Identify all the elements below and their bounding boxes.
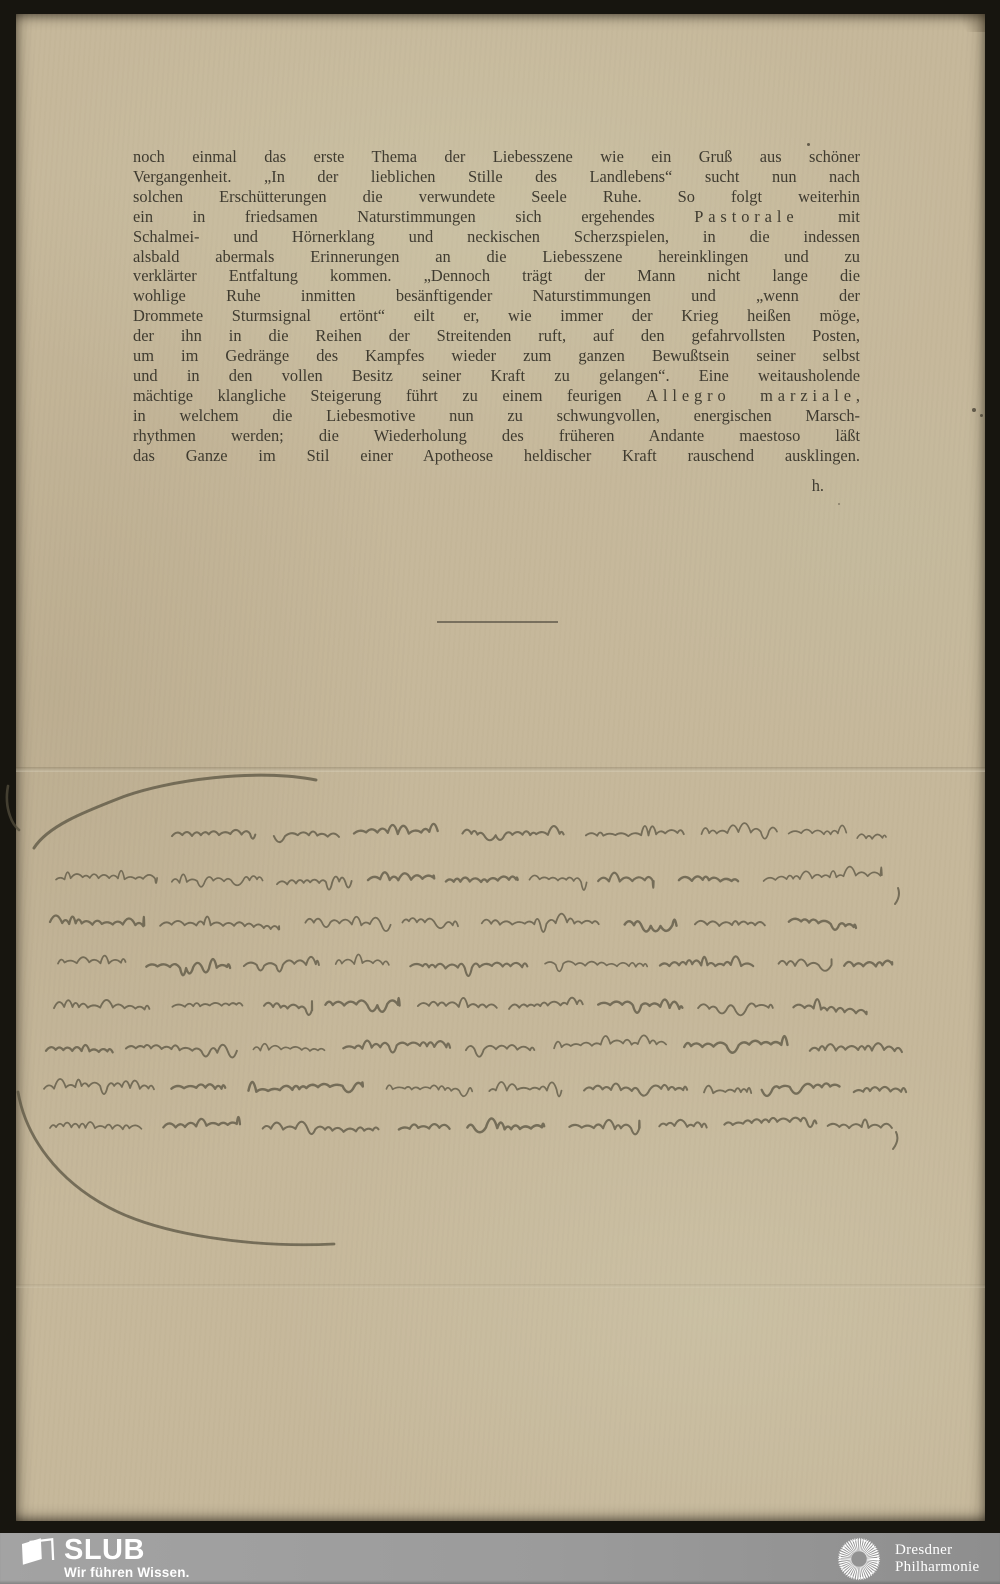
paper-speck — [972, 408, 976, 412]
paper-speck — [980, 414, 983, 417]
slub-book-icon — [21, 1537, 55, 1566]
printed-line: um im Gedränge des Kampfes wieder zum ga… — [133, 346, 860, 366]
fold-crease — [16, 1284, 985, 1288]
paper-sheet: noch einmal das erste Thema der Liebessz… — [16, 14, 985, 1521]
printed-line: Vergangenheit. „In der lieblichen Stille… — [133, 167, 860, 187]
section-divider-rule — [437, 621, 558, 623]
paper-speck — [838, 503, 840, 505]
sunburst-icon — [836, 1536, 882, 1582]
scanned-document-page: noch einmal das erste Thema der Liebessz… — [0, 0, 1000, 1584]
corner-fold — [943, 14, 985, 32]
printed-line: alsbald abermals Erinnerungen an die Lie… — [133, 247, 860, 267]
printed-line: in welchem die Liebesmotive nun zu schwu… — [133, 406, 860, 426]
printed-line: das Ganze im Stil einer Apotheose heldis… — [133, 446, 860, 466]
slub-logo[interactable]: SLUB Wir führen Wissen. — [21, 1537, 190, 1580]
printed-line: der ihn in die Reihen der Streitenden ru… — [133, 326, 860, 346]
author-initial: h. — [133, 476, 860, 496]
fold-crease — [16, 767, 985, 772]
philharmonie-line2: Philharmonie — [895, 1559, 979, 1576]
printed-line: mächtige klangliche Steigerung führt zu … — [133, 386, 860, 406]
philharmonie-logo[interactable]: Dresdner Philharmonie — [836, 1534, 979, 1583]
printed-line: und in den vollen Besitz seiner Kraft zu… — [133, 366, 860, 386]
printed-line: Drommete Sturmsignal ertönt“ eilt er, wi… — [133, 306, 860, 326]
printed-line: noch einmal das erste Thema der Liebessz… — [133, 147, 860, 167]
printed-paragraph: noch einmal das erste Thema der Liebessz… — [133, 147, 860, 466]
printed-line: Schalmei- und Hörnerklang und neckischen… — [133, 227, 860, 247]
printed-line: verklärter Entfaltung kommen. „Dennoch t… — [133, 266, 860, 286]
paper-speck — [807, 143, 810, 146]
philharmonie-line1: Dresdner — [895, 1542, 979, 1559]
printed-line: rhythmen werden; die Wiederholung des fr… — [133, 426, 860, 446]
printed-line: solchen Erschütterungen die verwundete S… — [133, 187, 860, 207]
printed-line: ein in friedsamen Naturstimmungen sich e… — [133, 207, 860, 227]
footer-bar: SLUB Wir führen Wissen. Dresdner Philhar… — [0, 1533, 1000, 1584]
slub-name: SLUB — [64, 1537, 190, 1564]
printed-line: wohlige Ruhe inmitten besänftigender Nat… — [133, 286, 860, 306]
slub-tagline: Wir führen Wissen. — [64, 1565, 190, 1580]
